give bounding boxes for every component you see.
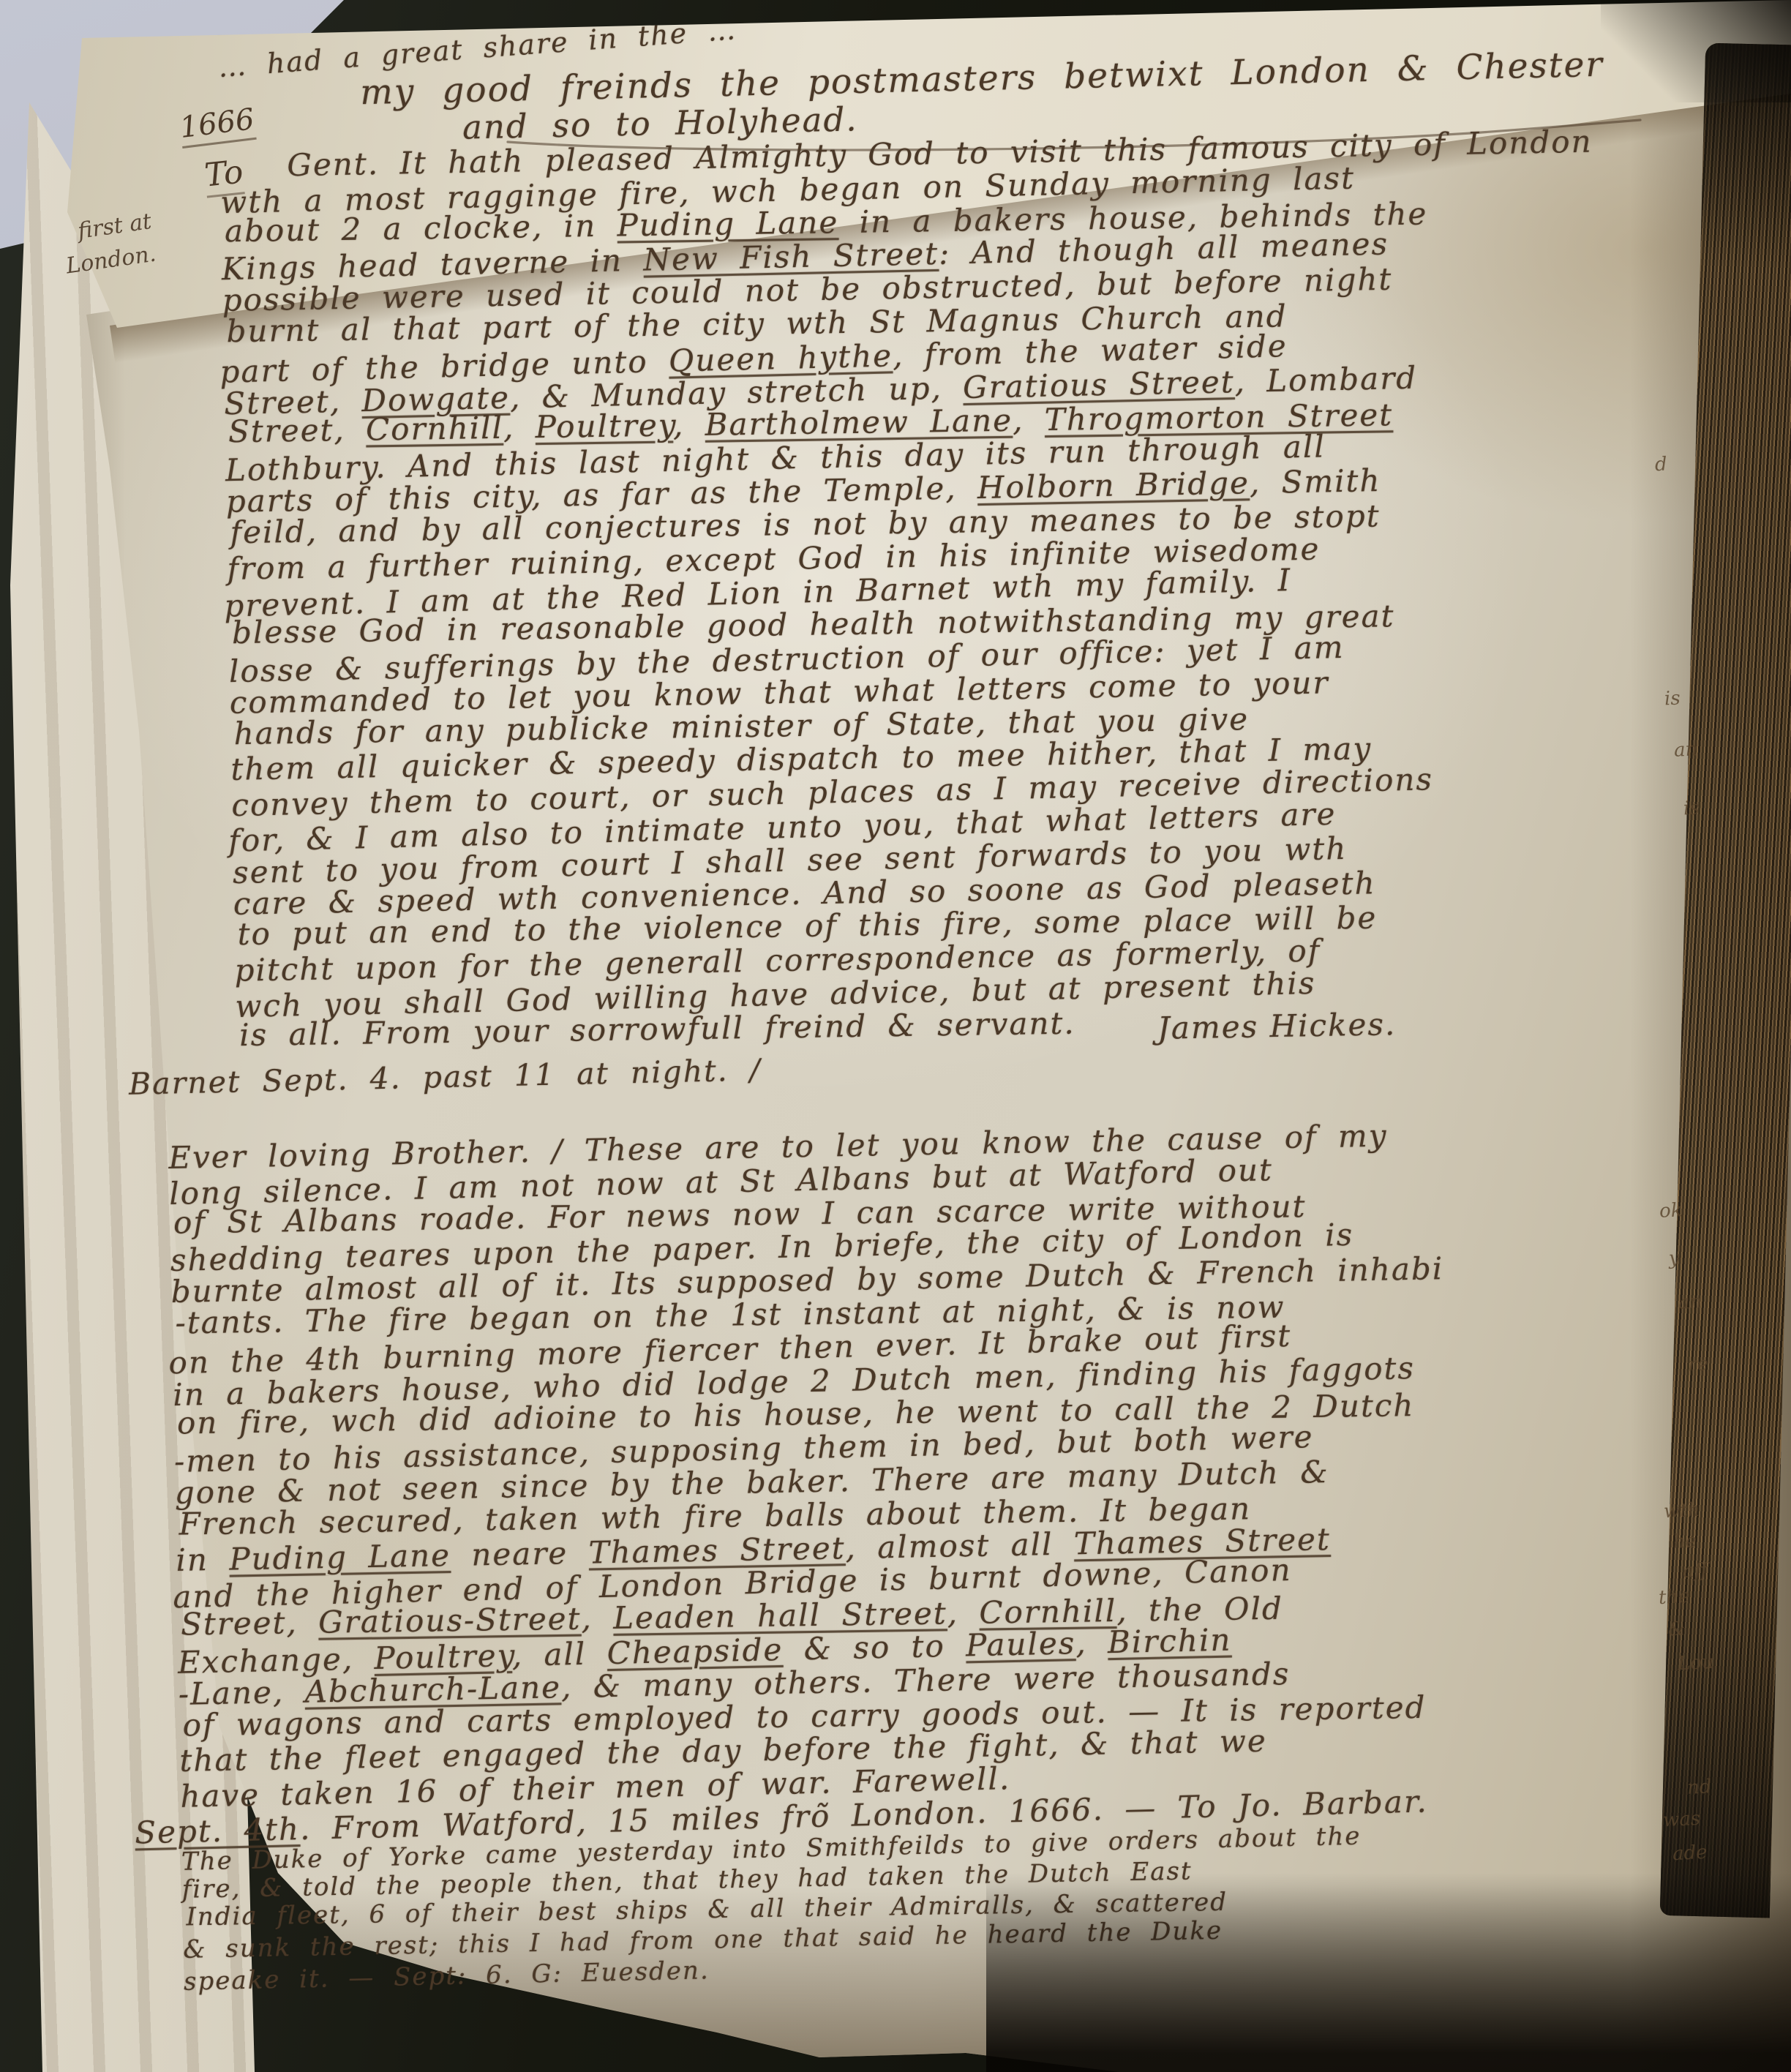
edge-fragment: wth (1663, 1499, 1700, 1523)
photograph-background: 1666 …kerton Sept. 10. — I heare … in th… (0, 0, 1791, 2072)
edge-fragment: he (1672, 1530, 1697, 1553)
edge-fragment: is (1683, 797, 1700, 819)
edge-fragment: was (1662, 1808, 1701, 1832)
edge-fragment: re (1687, 1353, 1708, 1375)
edge-fragment: is (1664, 687, 1681, 710)
edge-fragment: the (1658, 1585, 1690, 1609)
edge-fragment: Lou (1677, 1651, 1714, 1675)
edge-fragment: an (1678, 1291, 1702, 1314)
edge-fragment: y (1668, 1247, 1680, 1270)
curled-edge-fragments: disanisokyanrewthheaffthe&Loundwasade (1655, 0, 1791, 2072)
letter1-signature: James Hickes. (1157, 1006, 1397, 1046)
edge-fragment: & (1667, 1618, 1686, 1640)
edge-fragment: an (1673, 738, 1698, 762)
edge-fragment: ok (1659, 1199, 1683, 1223)
letter1-body: Gent. It hath pleased Almighty God to vi… (219, 125, 1609, 1055)
bottom-shadow (986, 1838, 1791, 2072)
edge-fragment: nd (1686, 1776, 1712, 1799)
edge-fragment: d (1654, 454, 1667, 476)
edge-fragment: aff (1682, 1559, 1708, 1583)
